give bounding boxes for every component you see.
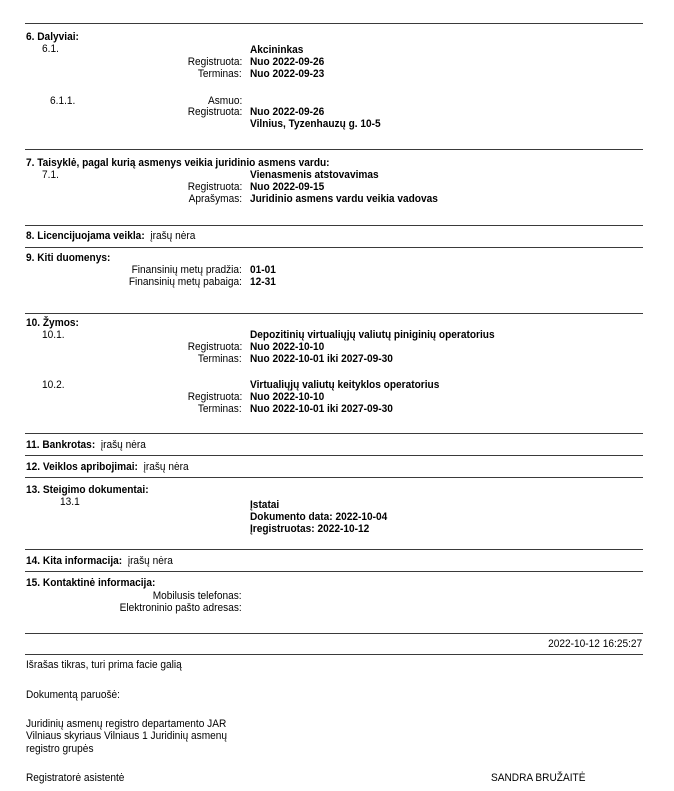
field-label: Finansinių metų pradžia: (132, 264, 242, 276)
field-label: Finansinių metų pabaiga: (129, 276, 242, 288)
section-title: 6. Dalyviai: (26, 31, 79, 43)
field-label: Registruota: (187, 181, 242, 193)
divider (25, 149, 643, 150)
section-title: 7. Taisyklė, pagal kurią asmenys veikia … (26, 157, 330, 169)
section-value: įrašų nėra (128, 555, 173, 567)
field-value: Nuo 2022-10-01 iki 2027-09-30 (250, 403, 393, 415)
section-title: 9. Kiti duomenys: (26, 252, 110, 264)
section-row: 11. Bankrotas: įrašų nėra (26, 439, 146, 451)
field-value: Nuo 2022-10-01 iki 2027-09-30 (250, 353, 393, 365)
department-line: Juridinių asmenų registro departamento J… (26, 718, 226, 730)
divider (25, 633, 643, 634)
signatory-position: Registratorė asistentė (26, 772, 124, 784)
divider (25, 433, 643, 434)
field-label: Mobilusis telefonas: (153, 590, 242, 602)
field-value: Nuo 2022-09-23 (250, 68, 324, 80)
certification-text: Išrašas tikras, turi prima facie galią (26, 659, 182, 671)
item-number: 6.1. (42, 43, 59, 55)
field-value: Nuo 2022-10-10 (250, 341, 324, 353)
divider (25, 313, 643, 314)
divider (25, 455, 643, 456)
field-label: Registruota: (187, 106, 242, 118)
section-row: 12. Veiklos apribojimai: įrašų nėra (26, 461, 189, 473)
rule-name: Vienasmenis atstovavimas (250, 169, 379, 181)
divider (25, 549, 643, 550)
section-title: 11. Bankrotas: (26, 439, 95, 451)
document-name: Įstatai (250, 499, 279, 511)
divider (25, 225, 643, 226)
field-label: Terminas: (198, 68, 242, 80)
divider (25, 571, 643, 572)
section-title: 13. Steigimo dokumentai: (26, 484, 149, 496)
field-label: Aprašymas: (189, 193, 242, 205)
field-value: 12-31 (250, 276, 276, 288)
section-title: 12. Veiklos apribojimai: (26, 461, 138, 473)
field-label: Registruota: (187, 341, 242, 353)
section-title: 15. Kontaktinė informacija: (26, 577, 155, 589)
section-title: 8. Licencijuojama veikla: (26, 230, 145, 242)
document-registered: Įregistruotas: 2022-10-12 (250, 523, 369, 535)
field-label: Registruota: (187, 56, 242, 68)
field-label: Registruota: (187, 391, 242, 403)
field-label: Terminas: (198, 353, 242, 365)
section-title: 10. Žymos: (26, 317, 79, 329)
item-number: 10.2. (42, 379, 65, 391)
section-value: įrašų nėra (150, 230, 195, 242)
document-date: Dokumento data: 2022-10-04 (250, 511, 387, 523)
field-value: Nuo 2022-09-15 (250, 181, 324, 193)
item-number: 10.1. (42, 329, 65, 341)
field-value: Nuo 2022-09-26 (250, 56, 324, 68)
section-value: įrašų nėra (101, 439, 146, 451)
divider (25, 477, 643, 478)
mark-name: Depozitinių virtualiųjų valiutų pinigini… (250, 329, 495, 341)
field-value: Juridinio asmens vardu veikia vadovas (250, 193, 438, 205)
print-timestamp: 2022-10-12 16:25:27 (548, 638, 642, 650)
mark-name: Virtualiųjų valiutų keityklos operatoriu… (250, 379, 439, 391)
prepared-by-label: Dokumentą paruošė: (26, 689, 120, 701)
field-value: 01-01 (250, 264, 276, 276)
department-line: registro grupės (26, 743, 94, 755)
field-label: Elektroninio pašto adresas: (120, 602, 242, 614)
divider (25, 247, 643, 248)
department-line: Vilniaus skyriaus Vilniaus 1 Juridinių a… (26, 730, 227, 742)
item-number: 7.1. (42, 169, 59, 181)
field-value: Nuo 2022-10-10 (250, 391, 324, 403)
participant-type: Akcininkas (250, 44, 303, 56)
section-row: 14. Kita informacija: įrašų nėra (26, 555, 173, 567)
item-number: 13.1 (60, 496, 80, 508)
section-row: 8. Licencijuojama veikla: įrašų nėra (26, 230, 195, 242)
section-title: 14. Kita informacija: (26, 555, 122, 567)
divider (25, 654, 643, 655)
signatory-name: SANDRA BRUŽAITĖ (491, 772, 585, 784)
item-number: 6.1.1. (50, 95, 75, 107)
field-label: Terminas: (198, 403, 242, 415)
field-value: Nuo 2022-09-26 (250, 106, 324, 118)
divider (25, 23, 643, 24)
section-value: įrašų nėra (144, 461, 189, 473)
address: Vilnius, Tyzenhauzų g. 10-5 (250, 118, 381, 130)
